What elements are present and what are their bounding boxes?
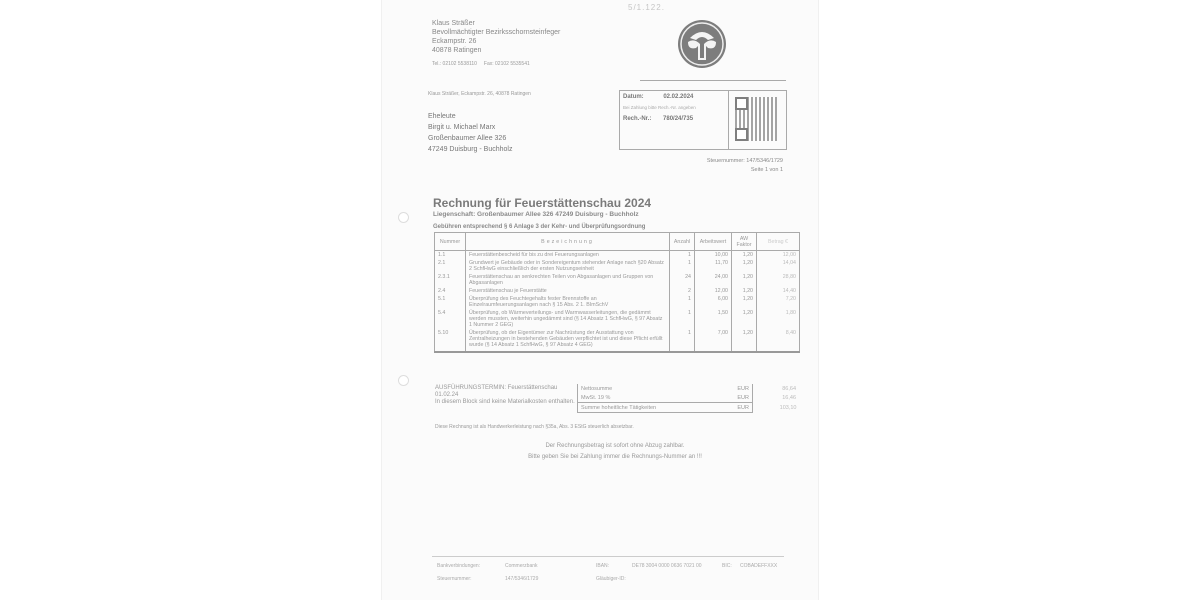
item-amount: 28,80 (757, 273, 800, 287)
payment-hint: Bei Zahlung bitte Rech.-Nr. angeben (623, 105, 696, 110)
item-work-value: 12,00 (695, 287, 732, 295)
payment-terms: Der Rechnungsbetrag ist sofort ohne Abzu… (480, 441, 750, 452)
sender-contact: Tel.: 02102 5538110 Fax: 02102 5535541 (432, 61, 530, 67)
header-divider (640, 80, 786, 81)
item-description: Überprüfung, ob der Eigentümer zur Nachr… (466, 329, 670, 352)
item-work-value: 10,00 (695, 251, 732, 260)
sender-tel: Tel.: 02102 5538110 (432, 61, 477, 67)
item-number: 2.4 (435, 287, 466, 295)
item-work-value: 7,00 (695, 329, 732, 352)
iban-value: DE78 3004 0000 0636 7021 00 (632, 563, 702, 569)
item-number: 2.1 (435, 259, 466, 273)
item-description: Überprüfung, ob Wärmeverteilungs- und Wa… (466, 309, 670, 329)
item-quantity: 1 (670, 251, 695, 260)
total-label: Summe hoheitliche Tätigkeiten (578, 403, 727, 413)
invoice-title: Rechnung für Feuerstättenschau 2024 (433, 196, 651, 210)
item-description: Feuerstättenbescheid für bis zu drei Feu… (466, 251, 670, 260)
item-factor: 1,20 (732, 295, 757, 309)
date-label: Datum: (623, 94, 644, 100)
col-number: Nummer (435, 233, 466, 251)
footer-taxno: 147/5346/1729 (505, 576, 538, 582)
sender-fax: Fax: 02102 5535541 (484, 61, 530, 67)
payment-info: Der Rechnungsbetrag ist sofort ohne Abzu… (480, 441, 750, 463)
punch-hole (398, 212, 409, 223)
item-amount: 1,80 (757, 309, 800, 329)
item-amount: 14,40 (757, 287, 800, 295)
item-work-value: 1,50 (695, 309, 732, 329)
item-number: 5.1 (435, 295, 466, 309)
item-factor: 1,20 (732, 329, 757, 352)
tax-deductible-note: Diese Rechnung ist als Handwerkerleistun… (435, 424, 634, 430)
footer-taxno-label: Steuernummer: (437, 576, 471, 582)
item-number: 2.3.1 (435, 273, 466, 287)
totals-row: MwSt. 19 %EUR16,46 (578, 393, 800, 403)
totals-row: NettosummeEUR86,64 (578, 384, 800, 393)
total-value: 103,10 (753, 403, 800, 413)
item-work-value: 6,00 (695, 295, 732, 309)
total-currency: EUR (726, 384, 753, 393)
recipient-names: Birgit u. Michael Marx (428, 122, 512, 133)
recipient-block: Eheleute Birgit u. Michael Marx Großenba… (428, 111, 512, 155)
col-description: Bezeichnung (466, 233, 670, 251)
item-amount: 14,04 (757, 259, 800, 273)
sender-street: Eckampstr. 26 (432, 37, 560, 46)
line-items-table: Nummer Bezeichnung Anzahl Arbeitswert AW… (434, 232, 800, 353)
property-address: Liegenschaft: Großenbaumer Allee 326 472… (433, 211, 639, 218)
execution-date: AUSFÜHRUNGSTERMIN: Feuerstättenschau 01.… (435, 385, 575, 399)
item-quantity: 1 (670, 259, 695, 273)
punch-hole (398, 375, 409, 386)
invoice-meta-box: Datum: 02.02.2024 Bei Zahlung bitte Rech… (619, 90, 787, 150)
totals-table: NettosummeEUR86,64MwSt. 19 %EUR16,46Summ… (577, 384, 800, 413)
item-quantity: 1 (670, 329, 695, 352)
table-row: 2.3.1Feuerstättenschau an senkrechten Te… (435, 273, 800, 287)
table-row: 2.1Grundwert je Gebäude oder in Sonderei… (435, 259, 800, 273)
creditor-id-label: Gläubiger-ID: (596, 576, 626, 582)
item-description: Grundwert je Gebäude oder in Sondereigen… (466, 259, 670, 273)
item-description: Feuerstättenschau an senkrechten Teilen … (466, 273, 670, 287)
invoice-number-label: Rech.-Nr.: (623, 116, 651, 122)
item-work-value: 11,70 (695, 259, 732, 273)
tax-number: Steuernummer: 147/5346/1729 (640, 157, 783, 166)
item-factor: 1,20 (732, 273, 757, 287)
item-description: Feuerstättenschau je Feuerstätte (466, 287, 670, 295)
recipient-street: Großenbaumer Allee 326 (428, 133, 512, 144)
table-row: 5.4Überprüfung, ob Wärmeverteilungs- und… (435, 309, 800, 329)
item-factor: 1,20 (732, 287, 757, 295)
table-row: 1.1Feuerstättenbescheid für bis zu drei … (435, 251, 800, 260)
sender-block: Klaus Sträßer Bevollmächtigter Bezirkssc… (432, 19, 560, 55)
col-work-value: Arbeitswert (695, 233, 732, 251)
sender-city: 40878 Ratingen (432, 46, 560, 55)
item-number: 5.10 (435, 329, 466, 352)
table-row: 5.10Überprüfung, ob der Eigentümer zur N… (435, 329, 800, 352)
col-amount: Betrag € (757, 233, 800, 251)
total-label: MwSt. 19 % (578, 393, 727, 403)
fees-basis: Gebühren entsprechend § 6 Anlage 3 der K… (433, 224, 645, 230)
footer-divider (432, 556, 784, 557)
item-number: 1.1 (435, 251, 466, 260)
item-factor: 1,20 (732, 309, 757, 329)
item-amount: 8,40 (757, 329, 800, 352)
item-factor: 1,20 (732, 259, 757, 273)
page-number: Seite 1 von 1 (640, 166, 783, 175)
bic-value: COBADEFFXXX (740, 563, 777, 569)
sender-name: Klaus Sträßer (432, 19, 560, 28)
item-amount: 7,20 (757, 295, 800, 309)
payment-reference-hint: Bitte geben Sie bei Zahlung immer die Re… (480, 452, 750, 463)
item-description: Überprüfung des Feuchtegehalts fester Br… (466, 295, 670, 309)
guild-logo-icon (678, 20, 726, 68)
col-quantity: Anzahl (670, 233, 695, 251)
recipient-city: 47249 Duisburg - Buchholz (428, 144, 512, 155)
recipient-salutation: Eheleute (428, 111, 512, 122)
bank-name: Commerzbank (505, 563, 538, 569)
invoice-number: 780/24/735 (663, 116, 693, 122)
item-factor: 1,20 (732, 251, 757, 260)
execution-note: AUSFÜHRUNGSTERMIN: Feuerstättenschau 01.… (435, 385, 575, 406)
item-work-value: 24,00 (695, 273, 732, 287)
qr-code-icon (735, 97, 777, 141)
bank-label: Bankverbindungen: (437, 563, 480, 569)
table-row: 2.4Feuerstättenschau je Feuerstätte212,0… (435, 287, 800, 295)
totals-row: Summe hoheitliche TätigkeitenEUR103,10 (578, 403, 800, 413)
total-currency: EUR (726, 403, 753, 413)
table-row: 5.1Überprüfung des Feuchtegehalts fester… (435, 295, 800, 309)
handwritten-note: 5/1.122. (628, 3, 665, 12)
total-value: 16,46 (753, 393, 800, 403)
sender-title: Bevollmächtigter Bezirksschornsteinfeger (432, 28, 560, 37)
item-number: 5.4 (435, 309, 466, 329)
total-label: Nettosumme (578, 384, 727, 393)
col-factor: AW Faktor (732, 233, 757, 251)
return-address: Klaus Sträßer, Eckampstr. 26, 40878 Rati… (428, 91, 531, 97)
item-amount: 12,00 (757, 251, 800, 260)
total-value: 86,64 (753, 384, 800, 393)
invoice-date: 02.02.2024 (663, 94, 693, 100)
item-quantity: 1 (670, 309, 695, 329)
total-currency: EUR (726, 393, 753, 403)
item-quantity: 1 (670, 295, 695, 309)
bic-label: BIC: (722, 563, 732, 569)
item-quantity: 24 (670, 273, 695, 287)
no-material-note: In diesem Block sind keine Materialkoste… (435, 399, 575, 406)
iban-label: IBAN: (596, 563, 609, 569)
item-quantity: 2 (670, 287, 695, 295)
